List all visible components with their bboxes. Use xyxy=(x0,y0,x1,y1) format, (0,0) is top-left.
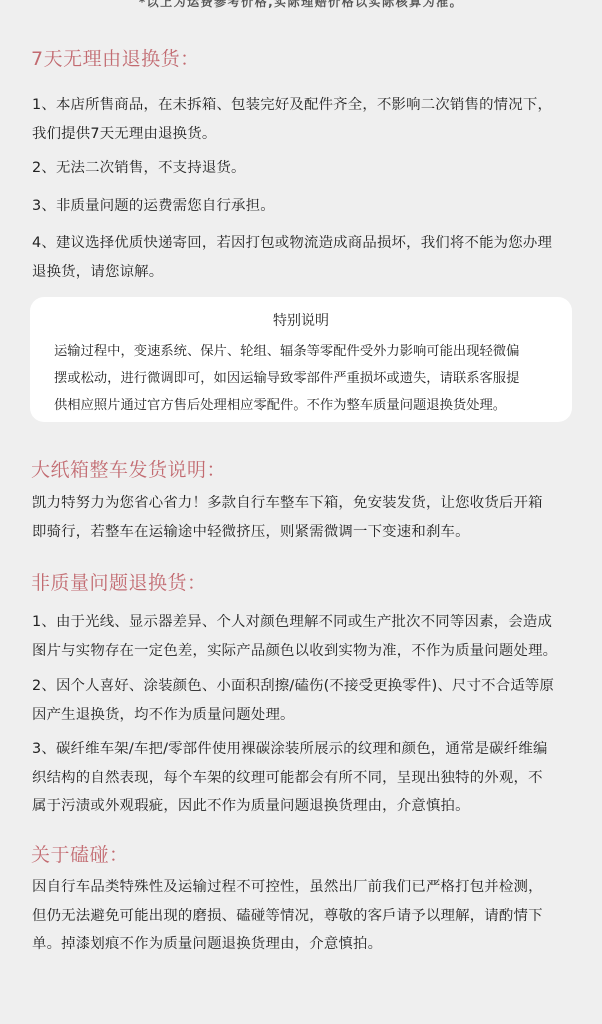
return-policy-item-2: 2、无法二次销售，不支持退货。 xyxy=(32,154,592,183)
return-policy-item-4: 4、建议选择优质快递寄回，若因打包或物流造成商品损坏，我们将不能为您办理 退换货… xyxy=(32,229,592,286)
special-note-title: 特别说明 xyxy=(30,311,572,331)
non-quality-item-2: 2、因个人喜好、涂装颜色、小面积刮擦/磕伤(不接受更换零件)、尺寸不合适等原 因… xyxy=(32,672,592,729)
shipping-price-note: *以上为运费参考价格,实际理赔价格以实际核算为准。 xyxy=(0,0,602,10)
non-quality-item-3: 3、碳纤维车架/车把/零部件使用裸碳涂装所展示的纹理和颜色，通常是碳纤维编 织结… xyxy=(32,735,592,821)
section-title-box-shipping: 大纸箱整车发货说明： xyxy=(31,458,226,482)
section-title-about-bumps: 关于磕碰： xyxy=(31,843,129,867)
special-note-body: 运输过程中，变速系统、保片、轮组、辐条等零配件受外力影响可能出现轻微偏 摆或松动… xyxy=(54,338,564,419)
return-policy-item-1: 1、本店所售商品，在未拆箱、包装完好及配件齐全，不影响二次销售的情况下， 我们提… xyxy=(32,91,592,148)
section-title-non-quality-returns: 非质量问题退换货： xyxy=(31,571,207,595)
section-title-7day-return: 7天无理由退换货： xyxy=(31,47,200,71)
special-note-card: 特别说明 运输过程中，变速系统、保片、轮组、辐条等零配件受外力影响可能出现轻微偏… xyxy=(30,297,572,422)
non-quality-item-1: 1、由于光线、显示器差异、个人对颜色理解不同或生产批次不同等因素，会造成 图片与… xyxy=(32,608,592,665)
return-policy-item-3: 3、非质量问题的运费需您自行承担。 xyxy=(32,192,592,221)
about-bumps-description: 因自行车品类特殊性及运输过程不可控性，虽然出厂前我们已严格打包并检测， 但仍无法… xyxy=(32,873,592,959)
box-shipping-description: 凯力特努力为您省心省力！多款自行车整车下箱，免安装发货，让您收货后开箱 即骑行，… xyxy=(32,489,592,546)
